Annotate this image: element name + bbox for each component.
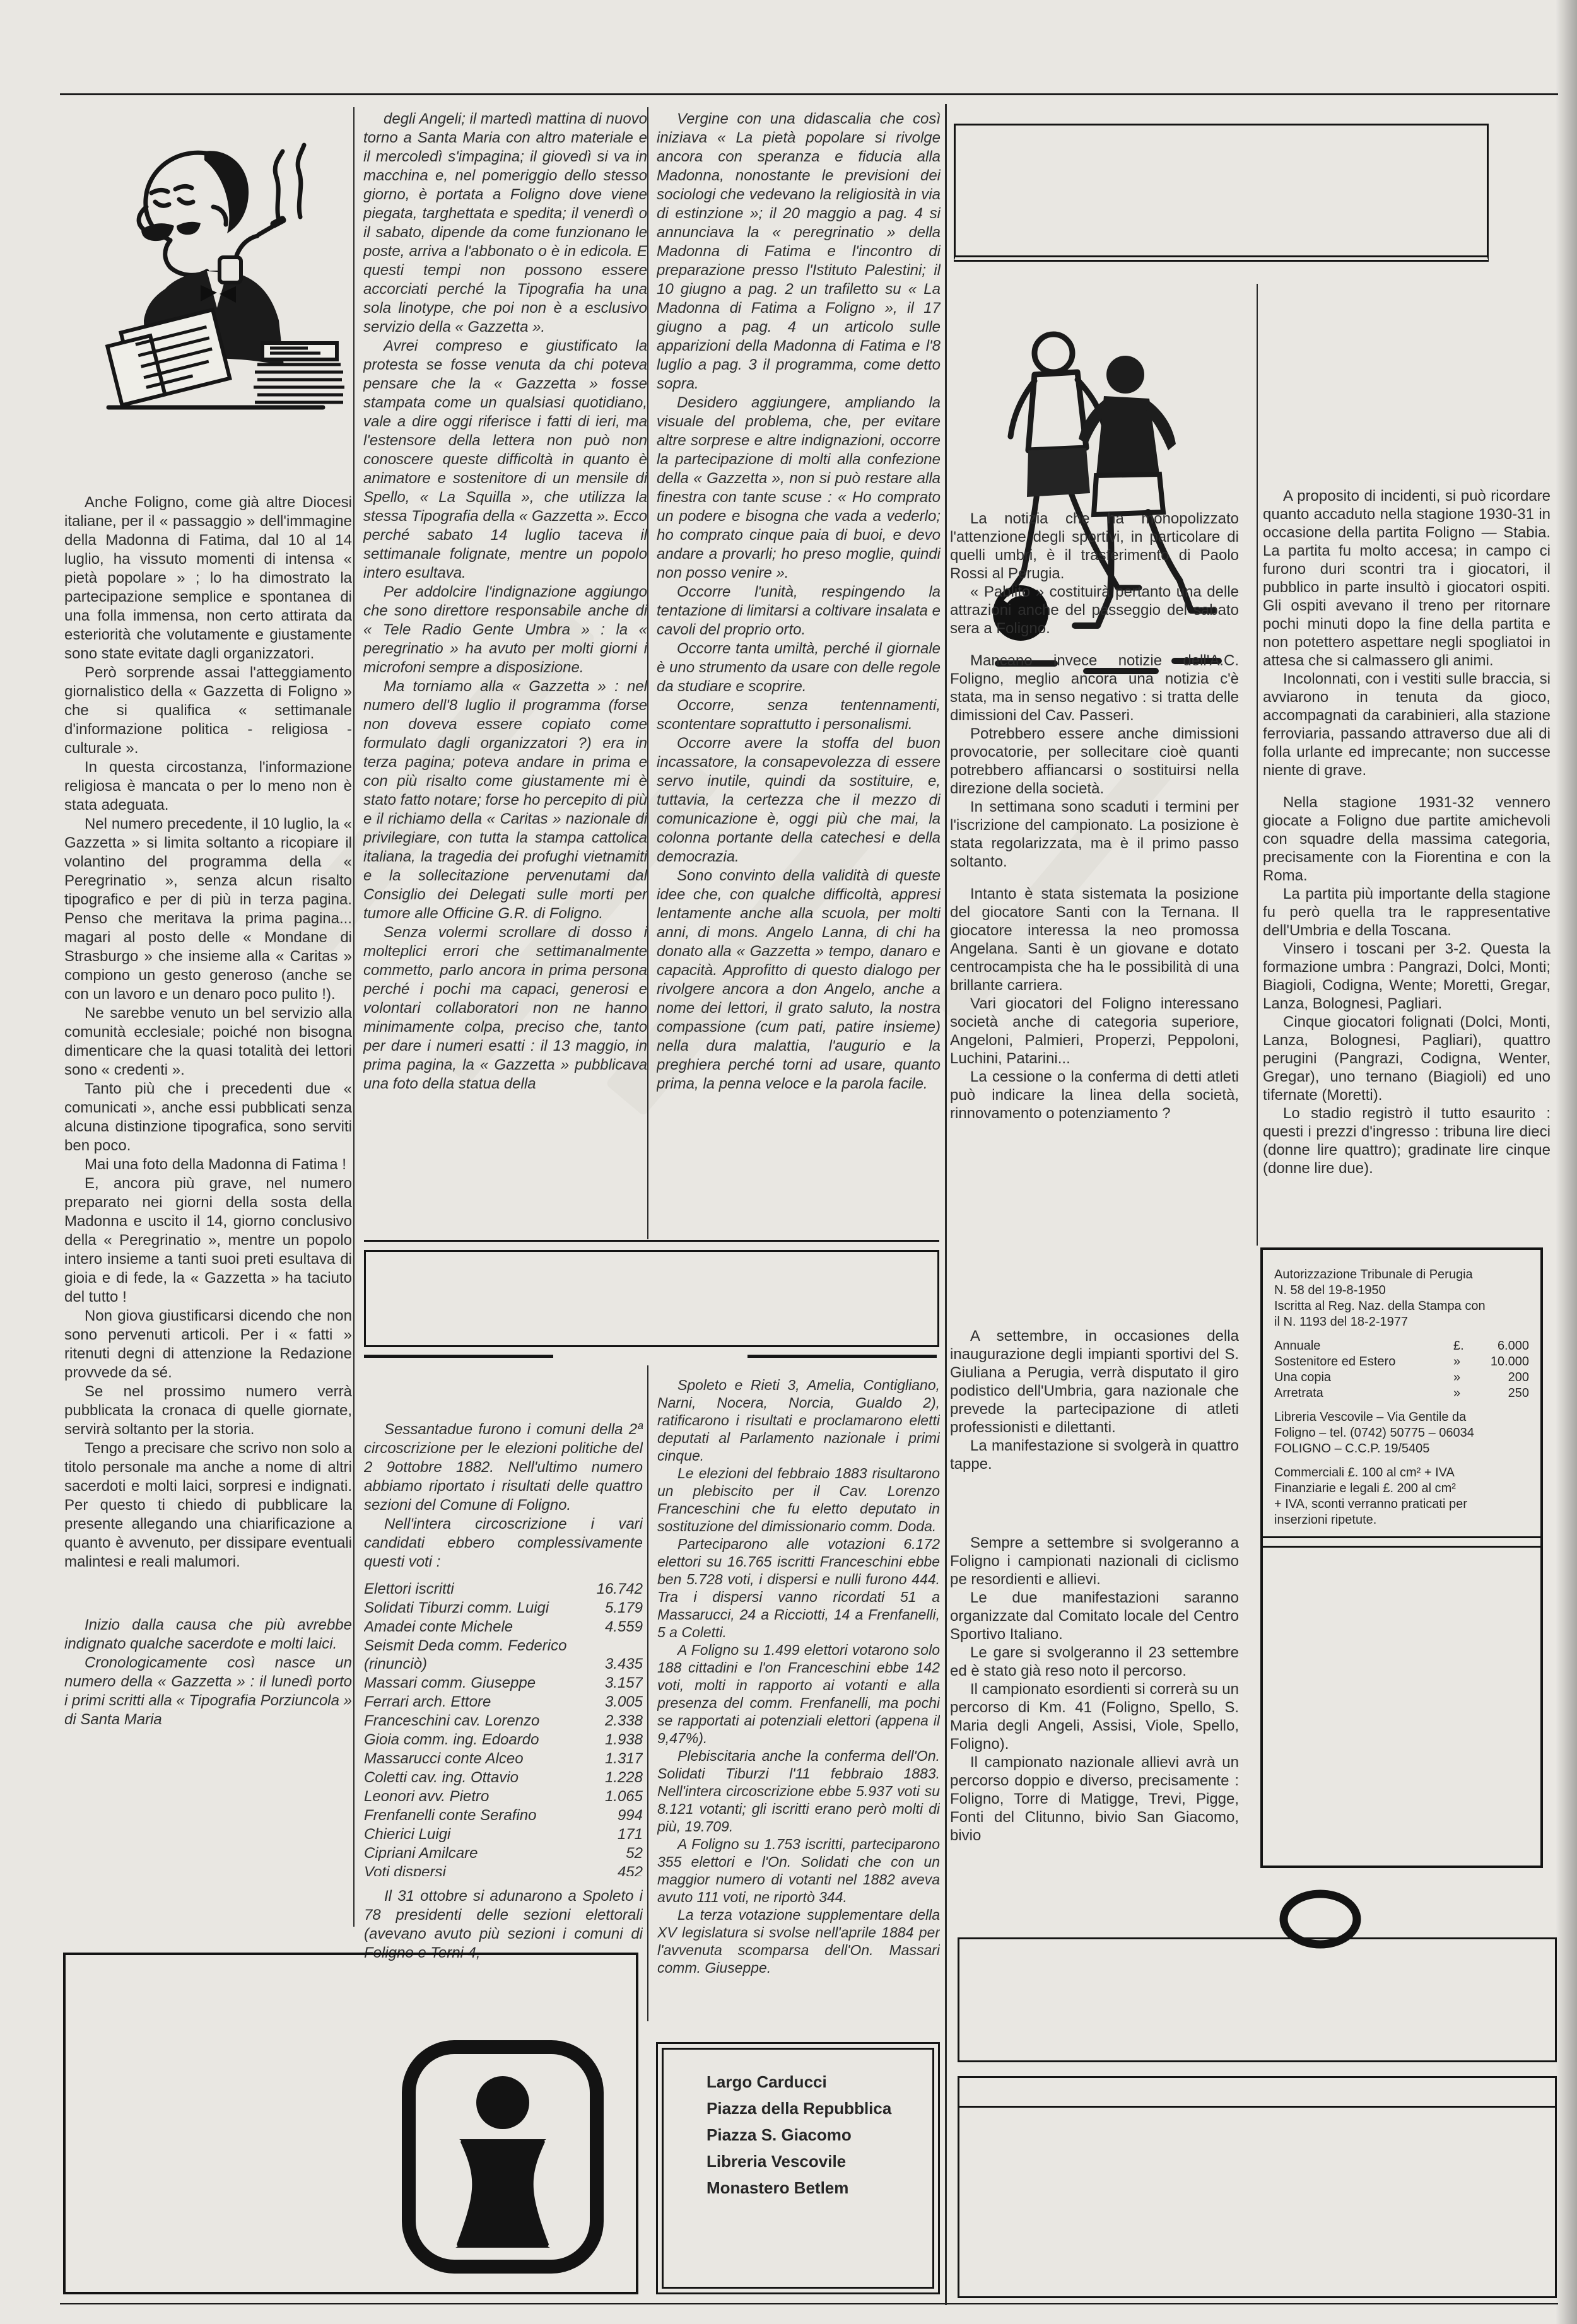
paragraph: Lo stadio registrò il tutto esaurito : q… [1263,1104,1551,1177]
paragraph: Ne sarebbe venuto un bel servizio alla c… [64,1004,352,1080]
text-line: FOLIGNO – C.C.P. 19/5405 [1274,1441,1529,1457]
paragraph: La partita più importante della stagione… [1263,885,1551,940]
vote-count: 3.435 [583,1655,643,1673]
letter-column-1: Anche Foligno, come già altre Diocesi it… [64,493,352,1924]
vote-count: 3.005 [583,1693,643,1711]
candidate-name: Gioia comm. ing. Edoardo [364,1731,583,1749]
calcio-column: La notizia che ha monopolizzato l'attenz… [950,510,1239,1241]
elections-headline-box [364,1250,939,1347]
vote-count: 3.157 [583,1674,643,1692]
paragraph: Nella stagione 1931-32 vennero giocate a… [1263,793,1551,885]
dash-bullet-icon [676,2122,706,2148]
vote-count: 16.742 [583,1580,643,1598]
subscription-rate-row: Sostenitore ed Estero » 10.000 [1274,1354,1529,1370]
offices-lines: Libreria Vescovile – Via Gentile daFolig… [1274,1410,1529,1457]
text-line: Foligno – tel. (0742) 50775 – 06034 [1274,1425,1529,1441]
page-edge-shadow [1556,0,1577,2324]
paragraph: La terza votazione supplementare della X… [657,1906,940,1977]
table-row: Massari comm. Giuseppe 3.157 [364,1674,643,1692]
column-divider [647,107,648,1239]
rate-amount: 200 [1475,1370,1529,1386]
paragraph: Nell'intera circoscrizione i vari candid… [364,1515,643,1572]
column-divider [353,107,355,1927]
candidate-name: Leonori avv. Pietro [364,1787,583,1806]
rate-label: Una copia [1274,1370,1453,1386]
calcestruzzi-ad [63,1953,638,2294]
paragraph: Il campionato nazionale allievi avrà un … [950,1753,1239,1845]
subscription-rates: Annuale £. 6.000 Sostenitore ed Estero »… [1274,1338,1529,1401]
archivio-column: A proposito di incidenti, si può ricorda… [1263,487,1551,1231]
paragraph: Occorre, senza tentennamenti, scontentar… [657,696,941,734]
candidate-name: Voti dispersi [364,1863,583,1876]
paragraph: Le elezioni del febbraio 1883 risultaron… [657,1464,940,1535]
ciotti-ad [958,1937,1557,2062]
paragraph: « Pablito » costituirà pertanto una dell… [950,583,1239,638]
text-line: Iscritta al Reg. Naz. della Stampa con [1274,1299,1529,1314]
paragraph: Il 31 ottobre si adunarono a Spoleto i 7… [364,1887,643,1963]
paragraph: E, ancora più grave, nel numero preparat… [64,1174,352,1307]
candidate-name: Solidati Tiburzi comm. Luigi [364,1599,583,1617]
paragraph: Vergine con una didascalia che così iniz… [657,110,941,394]
paragraph: Però sorprende assai l'atteggiamento gio… [64,663,352,758]
candidate-name: Coletti cav. ing. Ottavio [364,1768,583,1787]
candidate-name: Massari comm. Giuseppe [364,1674,583,1692]
atletica-column: A settembre, in occasiones della inaugur… [950,1327,1239,1478]
paragraph: Sono convinto della validità di queste i… [657,867,941,1094]
candidate-name: Amadei conte Michele [364,1618,583,1636]
elections-underline-right [747,1355,937,1358]
vote-count: 52 [583,1844,643,1862]
calcestruzzi-ad-text [85,2036,387,2052]
elections-after-table: Il 31 ottobre si adunarono a Spoleto i 7… [364,1887,643,1963]
rate-currency: » [1453,1354,1475,1370]
paragraph: Nel numero precedente, il 10 luglio, la … [64,815,352,1004]
paragraph: Tengo a precisare che scrivo non solo a … [64,1439,352,1572]
paragraph: La notizia che ha monopolizzato l'attenz… [950,510,1239,583]
route-list [1263,289,1549,434]
reply-paragraphs: Vergine con una didascalia che così iniz… [657,110,941,1094]
table-row: Frenfanelli conte Serafino 994 [364,1806,643,1825]
paragraph: Non giova giustificarsi dicendo che non … [64,1307,352,1382]
paragraph: Plebiscitaria anche la conferma dell'On.… [657,1747,940,1835]
paragraph: Vari giocatori del Foligno interessano s… [950,995,1239,1068]
edicole-box-inner: Largo Carducci Piazza della Repubblica P… [662,2048,934,2289]
vote-count: 1.317 [583,1749,643,1768]
paragraph: Mai una foto della Madonna di Fatima ! [64,1155,352,1174]
paragraph: Mancano invece notizie dell'A.C. Foligno… [950,651,1239,725]
edicola-name: Largo Carducci [706,2069,827,2095]
paragraph: Occorre avere la stoffa del buon incassa… [657,734,941,867]
paragraph: In questa circostanza, l'informazione re… [64,758,352,815]
vote-count: 994 [583,1806,643,1825]
elections-results-table: Elettori iscritti 16.742 Solidati Tiburz… [364,1580,643,1876]
table-row: Chierici Luigi 171 [364,1825,643,1843]
text-line: N. 58 del 19-8-1950 [1274,1283,1529,1299]
paragraph: Desidero aggiungere, ampliando la visual… [657,394,941,583]
table-row: Amadei conte Michele 4.559 [364,1618,643,1636]
table-row: Massarucci conte Alceo 1.317 [364,1749,643,1768]
list-item: Libreria Vescovile [676,2148,920,2175]
masthead-info-box: Autorizzazione Tribunale di PerugiaN. 58… [1260,1247,1543,1868]
paragraph: Incolonnati, con i vestiti sulle braccia… [1263,670,1551,780]
subscription-rate-row: Annuale £. 6.000 [1274,1338,1529,1354]
table-row: Franceschini cav. Lorenzo 2.338 [364,1712,643,1730]
paragraph: A settembre, in occasiones della inaugur… [950,1327,1239,1437]
edicola-name: Monastero Betlem [706,2175,848,2201]
vote-count: 1.228 [583,1768,643,1787]
vote-count: 1.938 [583,1731,643,1749]
paragraph: Per addolcire l'indignazione aggiungo ch… [363,583,647,677]
rate-amount: 6.000 [1475,1338,1529,1354]
rate-currency: » [1453,1386,1475,1401]
rate-amount: 10.000 [1475,1354,1529,1370]
box-divider [1263,1536,1540,1538]
paragraph: La cessione o la conferma di detti atlet… [950,1068,1239,1123]
paragraph: A Foligno su 1.499 elettori votarono sol… [657,1641,940,1747]
paragraph: Le due manifestazioni saranno organizzat… [950,1589,1239,1644]
paragraph: Sempre a settembre si svolgeranno a Foli… [950,1534,1239,1589]
footer-rule [60,2303,1558,2304]
paragraph: Ma torniamo alla « Gazzetta » : nel nume… [363,677,647,923]
paragraph: Parteciparono alle votazioni 6.172 elett… [657,1535,940,1641]
dash-bullet-icon [676,2069,706,2095]
paragraph: Cinque giocatori folignati (Dolci, Monti… [1263,1013,1551,1104]
vote-count: 1.065 [583,1787,643,1806]
table-row: Gioia comm. ing. Edoardo 1.938 [364,1731,643,1749]
rate-label: Annuale [1274,1338,1453,1354]
candidate-name: Franceschini cav. Lorenzo [364,1712,583,1730]
paragraph: Le gare si svolgeranno il 23 settembre e… [950,1644,1239,1680]
elections-underline-left [364,1355,553,1358]
elections-top-rule [364,1240,939,1242]
text-line: inserzioni ripetute. [1274,1512,1529,1528]
paragraph: Cronologicamente così nasce un numero de… [64,1654,352,1729]
edicole-box: Largo Carducci Piazza della Repubblica P… [656,2042,940,2294]
elections-intro: Sessantadue furono i comuni della 2ª cir… [364,1420,643,1578]
rate-label: Arretrata [1274,1386,1453,1401]
rate-currency: » [1453,1370,1475,1386]
rate-currency: £. [1453,1338,1475,1354]
ciclismo-column: Sempre a settembre si svolgeranno a Foli… [950,1534,1239,1924]
candidate-name: Massarucci conte Alceo [364,1749,583,1768]
edicola-name: Piazza S. Giacomo [706,2122,852,2148]
vote-count: 4.559 [583,1618,643,1636]
text-line: + IVA, sconti verranno praticati per [1274,1497,1529,1512]
text-line: il N. 1193 del 18-2-1977 [1274,1314,1529,1330]
authorization-lines: Autorizzazione Tribunale di PerugiaN. 58… [1274,1267,1529,1330]
table-row: Elettori iscritti 16.742 [364,1580,643,1598]
paragraph: A proposito di incidenti, si può ricorda… [1263,487,1551,670]
text-line: Commerciali £. 100 al cm² + IVA [1274,1465,1529,1481]
vote-count: 5.179 [583,1599,643,1617]
table-row: Leonori avv. Pietro 1.065 [364,1787,643,1806]
subscription-rate-row: Una copia » 200 [1274,1370,1529,1386]
paragraph: Il campionato esordienti si correrà su u… [950,1680,1239,1753]
text-line: Finanziarie e legali £. 200 al cm² [1274,1481,1529,1497]
sport-column-divider [1257,284,1258,1246]
box-divider [1263,1546,1540,1548]
paragraph: Occorre l'unità, respingendo la tentazio… [657,583,941,639]
paragraph: Potrebbero essere anche dimissioni provo… [950,725,1239,798]
column-divider [647,1365,648,2021]
dash-bullet-icon [676,2095,706,2122]
edicola-name: Libreria Vescovile [706,2148,846,2175]
elections-right-column: Spoleto e Rieti 3, Amelia, Contigliano, … [657,1376,940,2019]
paragraph: Inizio dalla causa che più avrebbe indig… [64,1616,352,1654]
sivam-products-line [959,2106,1555,2123]
list-item: Largo Carducci [676,2069,920,2095]
text-line: Autorizzazione Tribunale di Perugia [1274,1267,1529,1283]
table-row: Solidati Tiburzi comm. Luigi 5.179 [364,1599,643,1617]
candidate-name: Ferrari arch. Ettore [364,1693,583,1711]
paragraph: Senza volermi scrollare di dosso i molte… [363,923,647,1094]
paragraph: Tanto più che i precedenti due « comunic… [64,1080,352,1155]
table-row: Ferrari arch. Ettore 3.005 [364,1693,643,1711]
candidate-name: Seismit Deda comm. Federico (rinunciò) [364,1637,583,1673]
paragraph: Avrei compreso e giustificato la protest… [363,337,647,583]
sport-section-header-box [954,124,1489,262]
candidate-name: Chierici Luigi [364,1825,583,1843]
letter-paragraphs: Anche Foligno, come già altre Diocesi it… [64,493,352,1572]
smoking-editor-illustration [71,106,352,434]
paragraph: Sessantadue furono i comuni della 2ª cir… [364,1420,643,1515]
vote-count: 2.338 [583,1712,643,1730]
table-row: Seismit Deda comm. Federico (rinunciò) 3… [364,1637,643,1673]
candidate-name: Frenfanelli conte Serafino [364,1806,583,1825]
edicola-name: Piazza della Repubblica [706,2095,891,2122]
text-line: Libreria Vescovile – Via Gentile da [1274,1410,1529,1425]
subscription-rate-row: Arretrata » 250 [1274,1386,1529,1401]
editor-reply: Inizio dalla causa che più avrebbe indig… [64,1616,352,1729]
rate-amount: 250 [1475,1386,1529,1401]
sivam-ad [958,2076,1557,2298]
ad-rates-lines: Commerciali £. 100 al cm² + IVAFinanziar… [1274,1465,1529,1528]
paragraph: La manifestazione si svolgerà in quattro… [950,1437,1239,1473]
list-item: Piazza della Repubblica [676,2095,920,2122]
paragraph: degli Angeli; il martedì mattina di nuov… [363,110,647,337]
dash-bullet-icon [676,2175,706,2201]
reply-paragraphs: degli Angeli; il martedì mattina di nuov… [363,110,647,1094]
vote-count: 452 [583,1863,643,1876]
dash-bullet-icon [676,2148,706,2175]
header-rule [60,93,1558,95]
newspaper-page: Anche Foligno, come già altre Diocesi it… [0,0,1577,2324]
rate-label: Sostenitore ed Estero [1274,1354,1453,1370]
paragraph: Occorre tanta umiltà, perché il giornale… [657,639,941,696]
table-row: Voti dispersi 452 [364,1863,643,1876]
list-item: Piazza S. Giacomo [676,2122,920,2148]
vote-count: 171 [583,1825,643,1843]
table-row: Cipriani Amilcare 52 [364,1844,643,1862]
edicole-list: Largo Carducci Piazza della Repubblica P… [676,2069,920,2201]
list-item: Monastero Betlem [676,2175,920,2201]
paragraph: Anche Foligno, come già altre Diocesi it… [64,493,352,663]
paragraph: A Foligno su 1.753 iscritti, parteciparo… [657,1835,940,1906]
section-divider [945,104,947,2305]
letter-column-2: degli Angeli; il martedì mattina di nuov… [363,110,647,1236]
paragraph: Vinsero i toscani per 3-2. Questa la for… [1263,940,1551,1013]
candidate-name: Elettori iscritti [364,1580,583,1598]
letter-column-3: Vergine con una didascalia che così iniz… [657,110,941,1236]
paragraph: Intanto è stata sistemata la posizione d… [950,885,1239,995]
paragraph: Se nel prossimo numero verrà pubblicata … [64,1382,352,1439]
calcestruzzi-logo-icon [399,2037,607,2277]
table-row: Coletti cav. ing. Ottavio 1.228 [364,1768,643,1787]
candidate-name: Cipriani Amilcare [364,1844,583,1862]
paragraph: Spoleto e Rieti 3, Amelia, Contigliano, … [657,1376,940,1464]
paragraph: In settimana sono scaduti i termini per … [950,798,1239,871]
